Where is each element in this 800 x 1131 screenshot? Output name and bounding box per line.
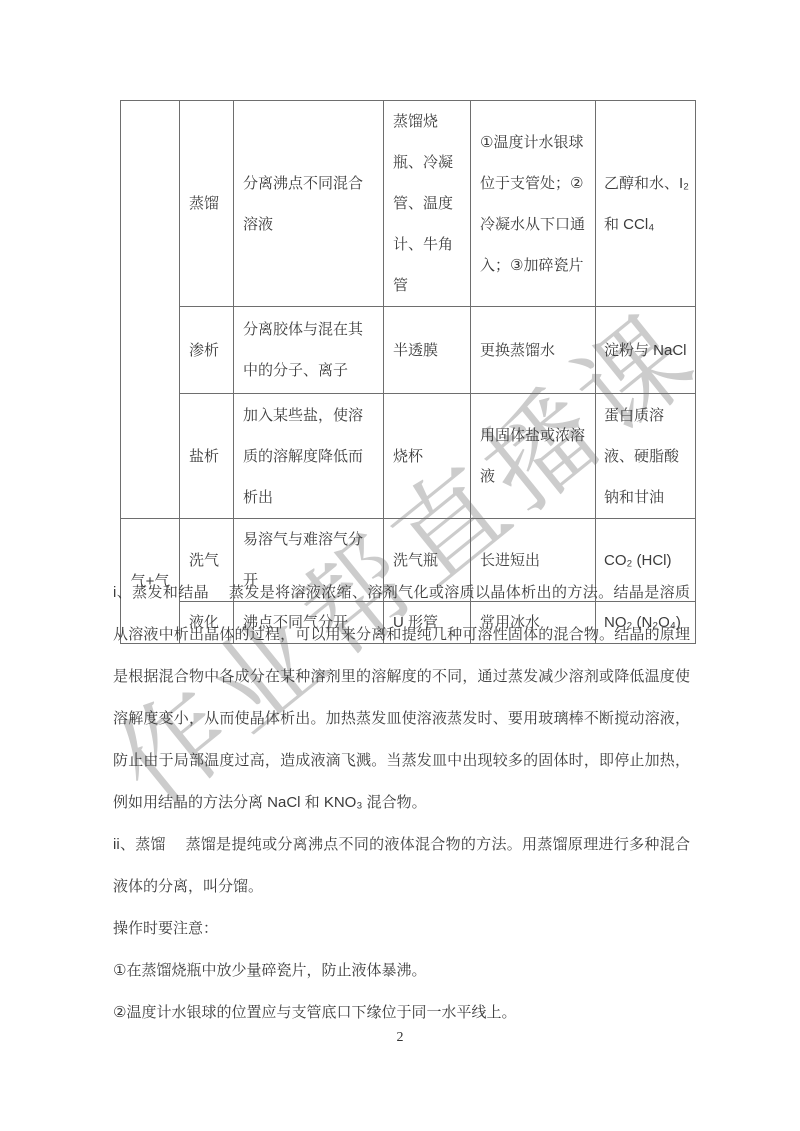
separation-methods-table: 蒸馏 分离沸点不同混合溶液 蒸馏烧瓶、冷凝管、温度计、牛角管 ①温度计水银球位于…	[120, 100, 696, 644]
cell-notes: 用固体盐或浓溶液	[471, 394, 596, 519]
cell-method: 蒸馏	[180, 101, 234, 307]
cell-category	[121, 101, 180, 519]
cell-example: 蛋白质溶液、硬脂酸钠和甘油	[596, 394, 696, 519]
cell-example: 乙醇和水、I₂ 和 CCl₄	[596, 101, 696, 307]
cell-notes: 更换蒸馏水	[471, 307, 596, 394]
body-text: i、蒸发和结晶 蒸发是将溶液浓缩、溶剂气化或溶质以晶体析出的方法。结晶是溶质从溶…	[113, 572, 690, 1034]
paragraph-distillation: ii、蒸馏 蒸馏是提纯或分离沸点不同的液体混合物的方法。用蒸馏原理进行多种混合液…	[113, 824, 690, 908]
cell-principle: 分离沸点不同混合溶液	[234, 101, 384, 307]
paragraph-note-1: ①在蒸馏烧瓶中放少量碎瓷片，防止液体暴沸。	[113, 950, 690, 992]
cell-method: 盐析	[180, 394, 234, 519]
cell-apparatus: 蒸馏烧瓶、冷凝管、温度计、牛角管	[384, 101, 471, 307]
cell-principle: 加入某些盐，使溶质的溶解度降低而析出	[234, 394, 384, 519]
paragraph-note-2: ②温度计水银球的位置应与支管底口下缘位于同一水平线上。	[113, 992, 690, 1034]
page-number: 2	[0, 1030, 800, 1046]
cell-example: 淀粉与 NaCl	[596, 307, 696, 394]
cell-apparatus: 半透膜	[384, 307, 471, 394]
document-page: 作业帮直播课 蒸馏 分离沸点不同混合溶液 蒸馏烧瓶、冷凝管、温度计、牛角管 ①温…	[0, 0, 800, 1131]
table-row: 蒸馏 分离沸点不同混合溶液 蒸馏烧瓶、冷凝管、温度计、牛角管 ①温度计水银球位于…	[121, 101, 696, 307]
paragraph-evaporation-crystallization: i、蒸发和结晶 蒸发是将溶液浓缩、溶剂气化或溶质以晶体析出的方法。结晶是溶质从溶…	[113, 572, 690, 824]
cell-apparatus: 烧杯	[384, 394, 471, 519]
paragraph-operation-heading: 操作时要注意：	[113, 908, 690, 950]
cell-notes: ①温度计水银球位于支管处；②冷凝水从下口通入；③加碎瓷片	[471, 101, 596, 307]
table-row: 盐析 加入某些盐，使溶质的溶解度降低而析出 烧杯 用固体盐或浓溶液 蛋白质溶液、…	[121, 394, 696, 519]
cell-principle: 分离胶体与混在其中的分子、离子	[234, 307, 384, 394]
table-row: 渗析 分离胶体与混在其中的分子、离子 半透膜 更换蒸馏水 淀粉与 NaCl	[121, 307, 696, 394]
cell-method: 渗析	[180, 307, 234, 394]
